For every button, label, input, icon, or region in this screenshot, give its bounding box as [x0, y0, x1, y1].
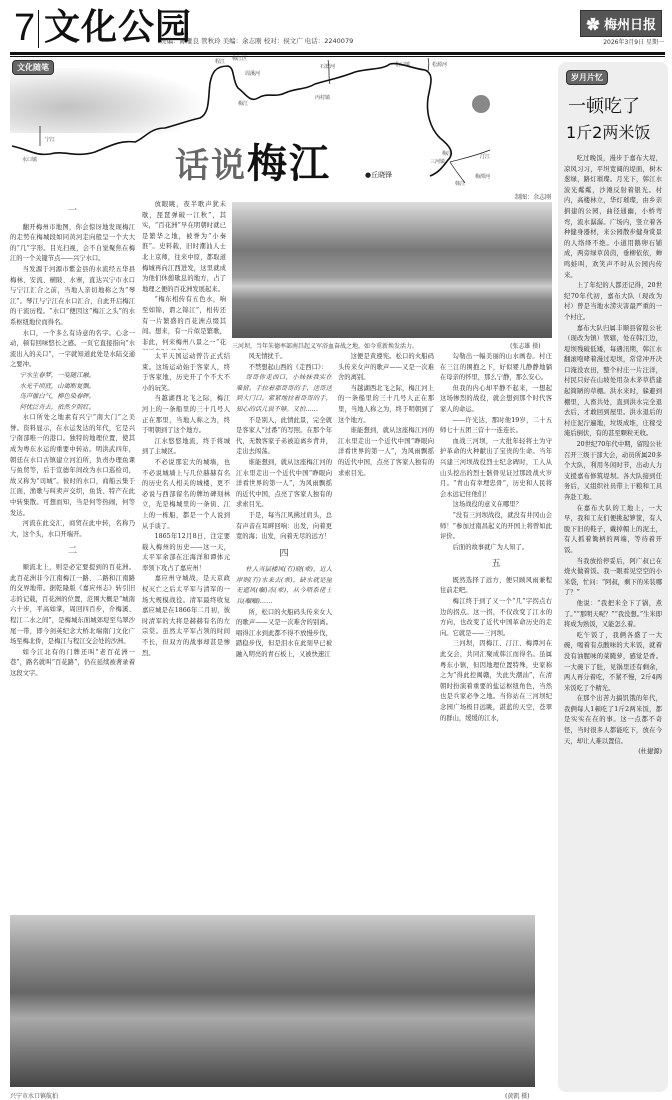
- paragraph: 翻开梅州市地图，你会惊讶地发现梅江的走势在梅城段如同黄河走向般呈一个大大的“几”…: [10, 223, 135, 265]
- map-label: 梅江: [238, 100, 248, 107]
- photo-credit: (黄凯 摄): [505, 1091, 530, 1100]
- article-column-4: 这便是黄遵宪。松口的火船码头传来女声的歌声——又是一次难舍的离别。 当越湖西北飞…: [338, 352, 434, 852]
- compass-north-icon: [472, 95, 490, 113]
- article-column-2-top: 放眼眺，夜半歌声犹未歇，琵琶弹破一江秋”，其实，“百花洲”早在明朝时就已是繁华之…: [142, 200, 226, 350]
- paragraph: 如今江北有的门牌还叫“老百花洲一巷”，路名就叫“百花路”，仍在延续被著录着这段文…: [10, 648, 135, 680]
- section-number: 一: [10, 206, 135, 217]
- paragraph: 水口，一个多么有诗意的名字。心念一动，顿有回味悠长之感。一页它直接指向“水流出入…: [10, 329, 135, 371]
- map-label: 丙村镇: [315, 94, 330, 101]
- paragraph: 这便是黄遵宪。松口的火船码头传来女声的歌声——又是一次难舍的离别。: [338, 352, 434, 384]
- paragraph: 在那个出苦力搞饥饿的年代，我俩每人1顿吃了1斤2两米饭，都是实实在在的事。这一点…: [564, 694, 662, 747]
- map-label: 梅江区: [232, 55, 247, 62]
- article-column-5: 勾勒出一幅美丽的山水画卷。村庄在三江的围抱之下，好似婴儿静静地躺在母亲的怀里，那…: [440, 352, 552, 852]
- paragraph: 当发源于河源市紫金县的水流经五华县梅林、安流、横陂、水寨，直达兴宁市水口与宁江汇…: [10, 265, 135, 329]
- section-number: 五: [440, 559, 552, 570]
- map-label: 程江: [215, 58, 225, 65]
- paragraph: 三河坝，因梅江、汀江、梅潭河在此交会，共同汇聚成韩江而得名。虽属粤东小镇，但因地…: [440, 639, 552, 724]
- map-label: 石窟河: [320, 63, 335, 70]
- paragraph: 上了年纪的人都还记得，20世纪70年代初，嘉布大队（现改为村）曾是当地水涝灾害最…: [564, 281, 662, 323]
- paragraph: 这场战役的意义在哪里？: [440, 500, 552, 511]
- paragraph: 放眼眺，夜半歌声犹未歇，琵琶弹破一江秋”，其实，“百花洲”早在明朝时就已是繁华之…: [142, 200, 226, 295]
- article-column-2: 太平天国运动曾告正式结束。这场运动始于客家人，终于客家地，历史开了个不大不小的玩…: [142, 352, 230, 852]
- paragraph: 勾勒出一幅美丽的山水画卷。村庄在三江的围抱之下，好似婴儿静静地躺在母亲的怀里，那…: [440, 352, 552, 384]
- paragraph: 不禁想起山西的《走西口》：: [236, 363, 332, 374]
- poem-line: 何忧泛舟去，依然夕照红。: [10, 403, 135, 414]
- paragraph: “梅东相传有五色水，响至如锦，谓之锦江”，相传还有一片繁盛的百花洲点缀其间。想来…: [142, 295, 226, 350]
- paragraph: 不必说那宏大的城墙，也不必说城墙上与几位赫赫有名的历史名人相关的城楼，更不必说与…: [142, 458, 230, 532]
- page-header: 7 文化公园 责编：陈雁良 管秋玲 美编：余志刚 校对：侯文广 电话：22400…: [0, 0, 672, 62]
- map-label: 汀江: [480, 153, 490, 160]
- paragraph: 他说：“我把米全下了锅，煮了。”“那明天呢？”“我没想。”生米即将成为熟饭，又能…: [564, 599, 662, 631]
- paragraph: 太平天国运动曾告正式结束。这场运动始于客家人，终于客家地，历史开了个不大不小的玩…: [142, 352, 230, 394]
- paragraph: 风无情扰千。: [236, 352, 332, 363]
- header-divider: [38, 10, 39, 48]
- paragraph: 于是，每当江风拂过肩头，总有声音在耳畔回响：出发，向着更宽的海；出发，向着无尽的…: [236, 511, 332, 543]
- memoir-sidebar: 岁月片忆 一顿吃了 1斤2两米饭 吃过晚饭，漫步于嘉布大堤，凉风习习，平坦宽阔的…: [558, 62, 668, 1092]
- paragraph: 1865年12月8日，注定要载入梅州的历史——这一天，太平军余部在汪海洋和谭体元…: [142, 532, 230, 574]
- map-label: 水口镇: [22, 156, 37, 163]
- poem-line: 水光千顷底，山蔼断复飘。: [10, 382, 135, 393]
- map-label: 松源河: [432, 61, 447, 68]
- sidebar-author: (杜捷源): [564, 747, 662, 758]
- paragraph: 既然选择了远方，便只顾风雨兼程往前走吧。: [440, 576, 552, 597]
- map-label: 周溪河: [245, 70, 260, 77]
- header-rule-thin: [10, 56, 665, 57]
- article-column-3: 风无情扰千。 不禁想起山西的《走西口》： 哥哥你走西口，小妹妹我实在难留。手拉着…: [236, 352, 332, 852]
- photo-caption: 三河坝，当年朱德率部南昌起义军浴血奋战之地，如今重新焕发活力。: [232, 341, 418, 350]
- paragraph: 水口所处之地素有兴宁“南大门”之美誉。资料显示，在水运发达的年代，它是兴宁南部唯…: [10, 413, 135, 519]
- song-lyrics: 哥哥你走西口，小妹妹我实在难留。手拉着那哥哥的手，送哥送到大门口。紧紧地拉着哥哥…: [236, 373, 332, 415]
- plum-logo-icon: ✿: [586, 18, 599, 33]
- newspaper-name: 梅州日报: [604, 18, 656, 33]
- paragraph: 嘉布大队归属丰顺县留隍公社（现改为镇）管辖，处在韩江边，堤坝残破低矮，每遇汛期，…: [564, 324, 662, 441]
- article-author: ●丘晓锋: [365, 170, 392, 180]
- paragraph: 嘉应州守城战，是天京政权灭亡之后太平军与清军的一场大规模战役。清军最终收复嘉应城…: [142, 574, 230, 659]
- map-label: 韩江: [455, 180, 465, 187]
- editor-credits: 责编：陈雁良 管秋玲 美编：余志刚 校对：侯文广 电话：2240079: [160, 36, 353, 45]
- paragraph: 梅江终于到了又一个“几”字拐点右边的拐点。这一拐，不仅改变了江水的方向，也改变了…: [440, 597, 552, 639]
- map-label: 宁江: [45, 136, 55, 143]
- header-rule: [10, 52, 665, 55]
- paragraph: 后面的故事就广为人知了。: [440, 543, 552, 554]
- paragraph: 顺流北上，则是必定要提到的百花洲。此百花洲非今江南梅江一路、二路和江南路的交界地…: [10, 563, 135, 648]
- paragraph: 但我的内心却平静不起来，一想起这场惨烈的战役，就会想到那个时代客家人的命运。: [440, 384, 552, 416]
- paragraph: 谁能想到，就从这座梅江河的江水里走出一个近代中国“睁眼向洋看世界的第一人”，为风…: [236, 458, 332, 511]
- sanheba-aerial-photo: [232, 202, 552, 338]
- paragraph: 不是别人，此情此景，完全就是客家人“过番”的写照。在那个年代，无数客家子弟被迫离…: [236, 416, 332, 458]
- section-number: 二: [10, 546, 135, 557]
- paragraph: 河流在此交汇，商贸在此中转，名称乃大，这个头，水口开端开。: [10, 519, 135, 540]
- map-label: 梅潭河: [475, 173, 490, 180]
- headline-main: 梅江: [247, 141, 331, 187]
- map-label: 梅江: [442, 150, 452, 157]
- sidebar-body: 吃过晚饭，漫步于嘉布大堤，凉风习习，平坦宽阔的堤面，树木葱绿，路灯璀璨。月光下，…: [564, 154, 662, 1079]
- folk-song: 杜人当层楼风(冇)晓(乖)，近人岸则(冇)水来去(乖)。缺水就是屋无遮风(嗰)冻…: [236, 565, 332, 607]
- paragraph: ——许光达，那时他19岁，二十五师七十五团三营十一连连长。: [440, 416, 552, 437]
- paragraph: 谁能想到，就从这座梅江河的江水里走出一个近代中国“睁眼向洋看世界的第一人”，为风…: [338, 426, 434, 479]
- headline-prefix: 话说: [175, 146, 247, 186]
- page-number: 7: [14, 8, 35, 48]
- article-headline: 话说梅江: [175, 132, 331, 189]
- paragraph: 吃午饭了，我俩各盛了一大碗，喝着有点酸味的大米饭，就着没有油腥味的菜腌萝，感觉是…: [564, 631, 662, 695]
- paragraph: 江水悠悠地流，终于将城到了主城区。: [142, 437, 230, 458]
- sidebar-column-tag: 岁月片忆: [566, 70, 608, 85]
- shuikou-aerial-photo: [10, 915, 535, 1087]
- paragraph: 20世纪70年代中期，留隍公社召开三级干部大会，动员所属20多个大队，利用冬闲时…: [564, 440, 662, 504]
- paragraph: “没有三河坝战役，就没有井冈山会师！”参加过南昌起义的开国上将曾如此评价。: [440, 511, 552, 543]
- sidebar-title-line2: 1斤2两米饭: [566, 120, 650, 143]
- map-credit: 制图：余志刚: [515, 192, 551, 201]
- newspaper-logo: ✿ 梅州日报: [580, 10, 662, 37]
- poem-line: 鸟声催白气，柳色染春晖。: [10, 392, 135, 403]
- poem-line: 宁水生春梦，一笺随江融。: [10, 371, 135, 382]
- paragraph: 当越湖西北飞之际，梅江河上的一条船里的三十几号人正在那里，当地人称之为，终于明朝…: [338, 384, 434, 426]
- paragraph: 当越湖西北飞之际，梅江河上的一条船里的三十几号人正在那里，当地人称之为，终于明朝…: [142, 394, 230, 436]
- paragraph: 吃过晚饭，漫步于嘉布大堤，凉风习习，平坦宽阔的堤面，树木葱绿，路灯璀璨。月光下，…: [564, 154, 662, 281]
- paragraph: 在嘉布大队的工地上，一大早，我和工友们便挑起箩筐，有人脱下旧的鞋子，戴掉帽上的泥…: [564, 504, 662, 557]
- photo-caption: 兴宁市水口镇航拍: [10, 1091, 58, 1100]
- section-number: 四: [236, 549, 332, 560]
- map-label: 松口镇: [395, 61, 410, 68]
- issue-date: 2026年3月9日 星期一: [603, 37, 664, 46]
- sidebar-title-line1: 一顿吃了: [568, 92, 640, 118]
- map-label: 三河镇: [430, 158, 445, 165]
- paragraph: 血战三河坝，一大批年轻将士为守护革命的火种献出了宝贵的生命。当年兴建三河坝战役烈…: [440, 437, 552, 501]
- photo-credit: (张志雄 摄): [510, 341, 541, 350]
- paragraph: 所，松口的火船码头传来女人的歌声——又是一次难舍的别离。唱得江水到此都不得不放慢…: [236, 608, 332, 661]
- paragraph: 当我放拾停妥后，阿广叔已在烧火做着饭。我一眼看见空空的小米袋，忙问：“阿叔，剩下…: [564, 557, 662, 599]
